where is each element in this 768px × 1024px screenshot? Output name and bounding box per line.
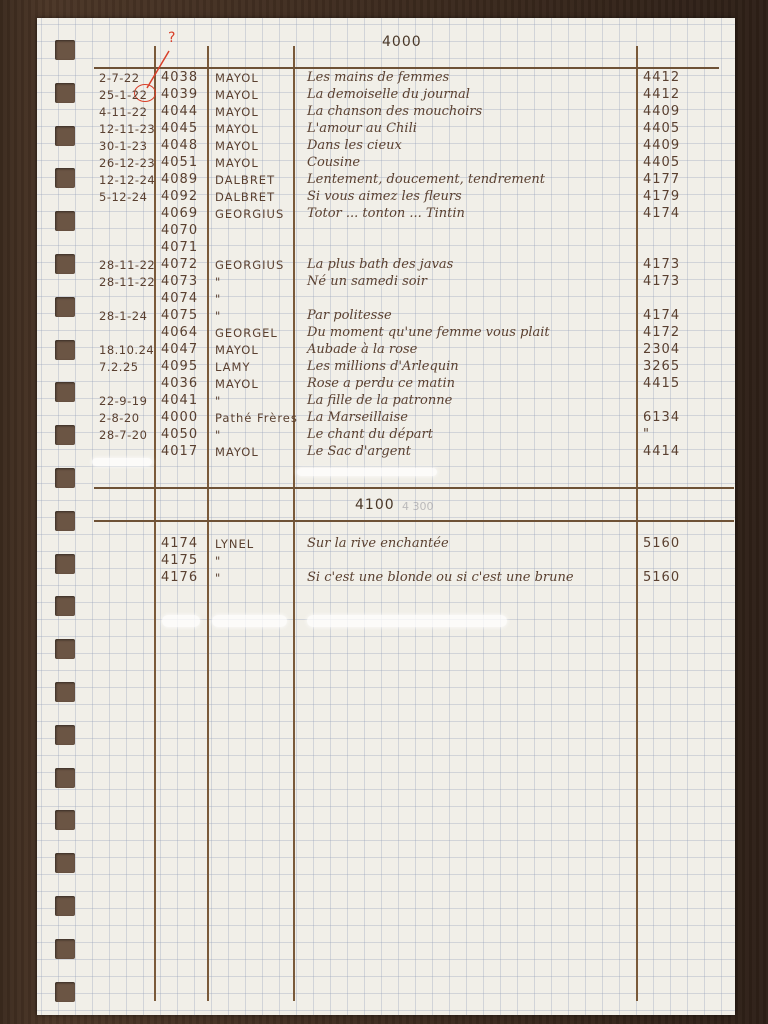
row-catalog-number: 4072 [161, 257, 198, 273]
row-artist: LAMY [215, 359, 251, 375]
binder-hole [55, 982, 75, 1002]
row-artist: " [215, 393, 221, 409]
binder-hole [55, 340, 75, 360]
row-catalog-number: 4095 [161, 359, 198, 375]
row-date: 28-11-22 [99, 257, 155, 273]
binder-hole [55, 554, 75, 574]
row-catalog-number: 4073 [161, 274, 198, 290]
row-title: La demoiselle du journal [307, 87, 470, 103]
row-title: Totor ... tonton ... Tintin [307, 206, 465, 222]
row-title: Si vous aimez les fleurs [307, 189, 462, 205]
row-catalog-number: 4045 [161, 121, 198, 137]
row-date: 2-8-20 [99, 410, 140, 426]
row-date: 5-12-24 [99, 189, 147, 205]
row-reference: 4177 [643, 172, 680, 188]
row-artist: MAYOL [215, 121, 259, 137]
row-catalog-number: 4048 [161, 138, 198, 154]
row-date: 2-7-22 [99, 70, 140, 86]
row-date: 25-1-22 [99, 87, 147, 103]
row-artist: MAYOL [215, 444, 259, 460]
row-title: Si c'est une blonde ou si c'est une brun… [307, 570, 574, 586]
row-reference: 4405 [643, 121, 680, 137]
row-reference: 3265 [643, 359, 680, 375]
row-reference: 4412 [643, 87, 680, 103]
row-title: La chanson des mouchoirs [307, 104, 482, 120]
binder-hole [55, 682, 75, 702]
binder-hole [55, 896, 75, 916]
row-artist: GEORGIUS [215, 206, 284, 222]
row-reference: 5160 [643, 536, 680, 552]
binder-hole [55, 939, 75, 959]
row-artist: DALBRET [215, 189, 275, 205]
row-title: La plus bath des javas [307, 257, 453, 273]
row-date: 28-7-20 [99, 427, 147, 443]
row-catalog-number: 4175 [161, 553, 198, 569]
row-catalog-number: 4069 [161, 206, 198, 222]
row-title: Né un samedi soir [307, 274, 427, 290]
erased-entry-title [307, 615, 507, 627]
row-catalog-number: 4176 [161, 570, 198, 586]
binder-hole [55, 40, 75, 60]
row-title: Les millions d'Arlequin [307, 359, 459, 375]
row-date: 12-11-23 [99, 121, 155, 137]
binder-hole [55, 853, 75, 873]
row-artist: MAYOL [215, 138, 259, 154]
binder-hole [55, 382, 75, 402]
row-date: 30-1-23 [99, 138, 147, 154]
row-title: L'amour au Chili [307, 121, 417, 137]
row-title: Les mains de femmes [307, 70, 449, 86]
row-reference: 4415 [643, 376, 680, 392]
section-title-4000: 4000 [382, 34, 422, 50]
row-title: Du moment qu'une femme vous plait [307, 325, 550, 341]
row-title: Par politesse [307, 308, 392, 324]
row-catalog-number: 4071 [161, 240, 198, 256]
row-artist: GEORGEL [215, 325, 278, 341]
row-title: Le Sac d'argent [307, 444, 411, 460]
row-reference: 4405 [643, 155, 680, 171]
row-reference: 4174 [643, 308, 680, 324]
row-reference: 4174 [643, 206, 680, 222]
row-reference: 4172 [643, 325, 680, 341]
row-catalog-number: 4047 [161, 342, 198, 358]
binder-hole [55, 168, 75, 188]
column-divider-number [207, 46, 209, 1001]
row-catalog-number: 4041 [161, 393, 198, 409]
row-title: La Marseillaise [307, 410, 408, 426]
row-artist: " [215, 291, 221, 307]
row-artist: DALBRET [215, 172, 275, 188]
row-reference: 4173 [643, 257, 680, 273]
row-catalog-number: 4044 [161, 104, 198, 120]
row-artist: MAYOL [215, 376, 259, 392]
row-reference: 4179 [643, 189, 680, 205]
row-catalog-number: 4039 [161, 87, 198, 103]
row-reference: 4414 [643, 444, 680, 460]
binder-hole [55, 639, 75, 659]
row-catalog-number: 4050 [161, 427, 198, 443]
row-title: Cousine [307, 155, 360, 171]
binder-hole [55, 810, 75, 830]
section-rule-top [94, 67, 719, 69]
row-catalog-number: 4070 [161, 223, 198, 239]
binder-hole [55, 511, 75, 531]
row-catalog-number: 4036 [161, 376, 198, 392]
row-catalog-number: 4074 [161, 291, 198, 307]
row-catalog-number: 4000 [161, 410, 198, 426]
row-artist: MAYOL [215, 342, 259, 358]
row-artist: " [215, 427, 221, 443]
row-date: 28-11-22 [99, 274, 155, 290]
row-title: La fille de la patronne [307, 393, 452, 409]
row-catalog-number: 4089 [161, 172, 198, 188]
column-divider-ref [636, 46, 638, 1001]
binder-hole [55, 211, 75, 231]
row-reference: 6134 [643, 410, 680, 426]
section-rule-4100 [94, 520, 734, 522]
row-reference: 4173 [643, 274, 680, 290]
row-date: 12-12-24 [99, 172, 155, 188]
binder-hole [55, 425, 75, 445]
row-title: Dans les cieux [307, 138, 402, 154]
erased-entry-artist [212, 615, 287, 627]
row-title: Lentement, doucement, tendrement [307, 172, 545, 188]
row-catalog-number: 4092 [161, 189, 198, 205]
row-artist: " [215, 570, 221, 586]
row-reference: 2304 [643, 342, 680, 358]
row-catalog-number: 4017 [161, 444, 198, 460]
row-title: Le chant du départ [307, 427, 433, 443]
row-artist: " [215, 308, 221, 324]
row-artist: Pathé Frères [215, 410, 298, 426]
row-date: 26-12-23 [99, 155, 155, 171]
binder-hole [55, 768, 75, 788]
binder-hole [55, 83, 75, 103]
row-catalog-number: 4075 [161, 308, 198, 324]
row-date: 18.10.24 [99, 342, 154, 358]
row-artist: LYNEL [215, 536, 254, 552]
section-rule-middle [94, 487, 734, 489]
row-date: 28-1-24 [99, 308, 147, 324]
erased-entry [162, 615, 200, 627]
row-reference: 5160 [643, 570, 680, 586]
column-divider-artist [293, 46, 295, 1001]
row-artist: MAYOL [215, 70, 259, 86]
row-title: Sur la rive enchantée [307, 536, 449, 552]
row-title: Aubade à la rose [307, 342, 417, 358]
row-artist: " [215, 274, 221, 290]
binder-hole [55, 468, 75, 488]
row-artist: MAYOL [215, 104, 259, 120]
erased-mark-row [92, 458, 152, 466]
section-title-4100: 4100 [355, 497, 395, 513]
row-date: 7.2.25 [99, 359, 139, 375]
row-title: Rose a perdu ce matin [307, 376, 455, 392]
row-reference: 4412 [643, 70, 680, 86]
row-catalog-number: 4174 [161, 536, 198, 552]
row-catalog-number: 4064 [161, 325, 198, 341]
row-reference: " [643, 427, 650, 443]
faint-offset-text: 4 300 [402, 500, 434, 513]
row-artist: " [215, 553, 221, 569]
row-artist: MAYOL [215, 87, 259, 103]
question-mark-annotation: ? [168, 30, 175, 46]
row-date: 4-11-22 [99, 104, 147, 120]
row-catalog-number: 4051 [161, 155, 198, 171]
erased-mark-row-2 [297, 468, 437, 476]
column-divider-date [154, 46, 156, 1001]
binder-hole [55, 254, 75, 274]
row-catalog-number: 4038 [161, 70, 198, 86]
row-reference: 4409 [643, 138, 680, 154]
row-artist: MAYOL [215, 155, 259, 171]
binder-hole [55, 725, 75, 745]
row-artist: GEORGIUS [215, 257, 284, 273]
row-reference: 4409 [643, 104, 680, 120]
binder-hole [55, 596, 75, 616]
binder-hole [55, 297, 75, 317]
ledger-page: 4000 4100 4 300 ? 2-7-224038MAYOLLes mai… [37, 18, 735, 1015]
binder-hole [55, 126, 75, 146]
row-date: 22-9-19 [99, 393, 147, 409]
